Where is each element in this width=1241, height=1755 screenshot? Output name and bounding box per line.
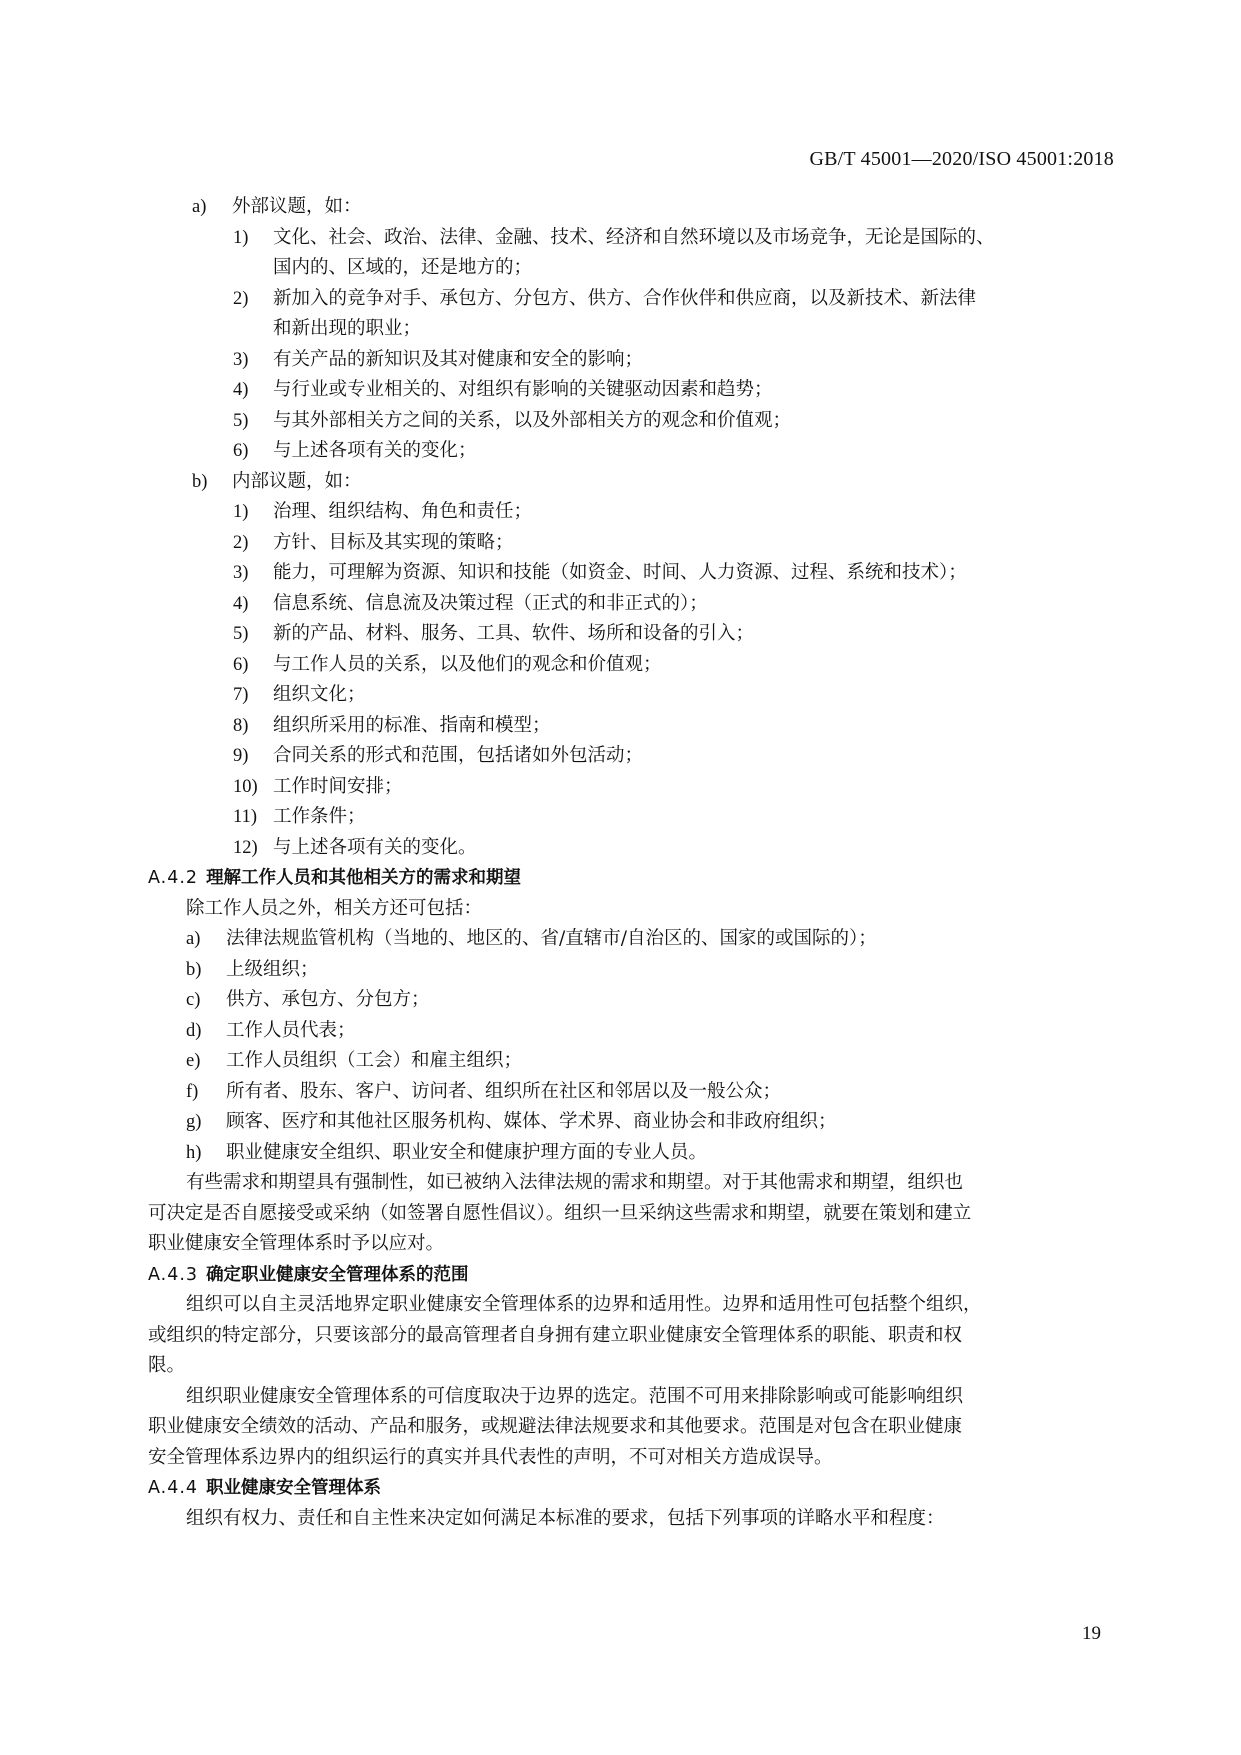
list-item: e)工作人员组织（工会）和雇主组织； [148,1046,1116,1077]
list-marker: 3) [233,345,273,376]
list-item-text: 工作时间安排； [273,772,403,803]
list-item: 1)治理、组织结构、角色和责任； [148,497,1116,528]
paragraph-line: 安全管理体系边界内的组织运行的真实并具代表性的声明，不可对相关方造成误导。 [148,1443,1116,1474]
list-marker: h) [186,1138,226,1169]
list-item-text: 法律法规监管机构（当地的、地区的、省/直辖市/自治区的、国家的或国际的）； [226,924,877,955]
list-marker: b) [186,955,226,986]
list-item-text: 新加入的竞争对手、承包方、分包方、供方、合作伙伴和供应商，以及新技术、新法律 [273,284,976,315]
list-marker: d) [186,1016,226,1047]
list-marker: 6) [233,436,273,467]
list-item: 5) 与其外部相关方之间的关系，以及外部相关方的观念和价值观； [148,406,1116,437]
section-title: 确定职业健康安全管理体系的范围 [206,1265,469,1285]
section-heading-a43: A.4.3确定职业健康安全管理体系的范围 [148,1260,1116,1291]
paragraph-line: 职业健康安全管理体系时予以应对。 [148,1229,1116,1260]
list-item-text: 治理、组织结构、角色和责任； [273,497,532,528]
list-item: 12)与上述各项有关的变化。 [148,833,1116,864]
list-item: 11)工作条件； [148,802,1116,833]
list-marker: a) [186,924,226,955]
list-item: 5)新的产品、材料、服务、工具、软件、场所和设备的引入； [148,619,1116,650]
list-item-text: 工作人员代表； [226,1016,356,1047]
paragraph-line: 组织有权力、责任和自主性来决定如何满足本标准的要求，包括下列事项的详略水平和程度… [148,1504,1116,1535]
list-marker: 11) [233,802,273,833]
list-marker: c) [186,985,226,1016]
list-marker: 1) [233,223,273,254]
section-title: 职业健康安全管理体系 [206,1478,381,1498]
list-marker: g) [186,1107,226,1138]
standard-code-header: GB/T 45001—2020/ISO 45001:2018 [809,148,1114,171]
list-item: b)上级组织； [148,955,1116,986]
list-marker: f) [186,1077,226,1108]
section-intro: 除工作人员之外，相关方还可包括： [148,894,1116,925]
list-item: 1) 文化、社会、政治、法律、金融、技术、经济和自然环境以及市场竞争，无论是国际… [148,223,1116,254]
list-marker: 1) [233,497,273,528]
list-item: c)供方、承包方、分包方； [148,985,1116,1016]
section-heading-a44: A.4.4职业健康安全管理体系 [148,1473,1116,1504]
list-item: 2) 新加入的竞争对手、承包方、分包方、供方、合作伙伴和供应商，以及新技术、新法… [148,284,1116,315]
list-item: g)顾客、医疗和其他社区服务机构、媒体、学术界、商业协会和非政府组织； [148,1107,1116,1138]
list-item: 8)组织所采用的标准、指南和模型； [148,711,1116,742]
list-marker: e) [186,1046,226,1077]
list-item: 4) 与行业或专业相关的、对组织有影响的关键驱动因素和趋势； [148,375,1116,406]
list-item-continuation: 国内的、区域的，还是地方的； [148,253,1116,284]
list-item-continuation: 和新出现的职业； [148,314,1116,345]
list-marker: b) [192,467,232,498]
list-item-text: 外部议题，如： [232,192,362,223]
paragraph-line: 限。 [148,1351,1116,1382]
list-item-text: 组织文化； [273,680,366,711]
page-number: 19 [1082,1623,1101,1645]
list-marker: 5) [233,619,273,650]
list-marker: 6) [233,650,273,681]
list-item: f)所有者、股东、客户、访问者、组织所在社区和邻居以及一般公众； [148,1077,1116,1108]
section-number: A.4.4 [148,1478,198,1498]
list-item: 3)能力，可理解为资源、知识和技能（如资金、时间、人力资源、过程、系统和技术）； [148,558,1116,589]
list-item: 3) 有关产品的新知识及其对健康和安全的影响； [148,345,1116,376]
paragraph-line: 或组织的特定部分，只要该部分的最高管理者自身拥有建立职业健康安全管理体系的职能、… [148,1321,1116,1352]
paragraph-line: 组织职业健康安全管理体系的可信度取决于边界的选定。范围不可用来排除影响或可能影响… [148,1382,1116,1413]
list-item-text: 供方、承包方、分包方； [226,985,430,1016]
list-item-text: 合同关系的形式和范围，包括诸如外包活动； [273,741,643,772]
list-item-text: 职业健康安全组织、职业安全和健康护理方面的专业人员。 [226,1138,707,1169]
list-item: a)法律法规监管机构（当地的、地区的、省/直辖市/自治区的、国家的或国际的）； [148,924,1116,955]
list-item: 2)方针、目标及其实现的策略； [148,528,1116,559]
list-item: 4)信息系统、信息流及决策过程（正式的和非正式的）； [148,589,1116,620]
list-marker: 12) [233,833,273,864]
list-marker: 9) [233,741,273,772]
list-item-text: 所有者、股东、客户、访问者、组织所在社区和邻居以及一般公众； [226,1077,781,1108]
list-marker: 10) [233,772,273,803]
list-item: d)工作人员代表； [148,1016,1116,1047]
list-item-external-issues: a) 外部议题，如： [148,192,1116,223]
list-item: 7)组织文化； [148,680,1116,711]
list-item: h)职业健康安全组织、职业安全和健康护理方面的专业人员。 [148,1138,1116,1169]
section-number: A.4.3 [148,1265,198,1285]
paragraph-line: 组织可以自主灵活地界定职业健康安全管理体系的边界和适用性。边界和适用性可包括整个… [148,1290,1116,1321]
section-title: 理解工作人员和其他相关方的需求和期望 [206,868,521,888]
list-marker: 2) [233,528,273,559]
list-marker: 2) [233,284,273,315]
section-heading-a42: A.4.2理解工作人员和其他相关方的需求和期望 [148,863,1116,894]
list-item: 9)合同关系的形式和范围，包括诸如外包活动； [148,741,1116,772]
list-item-text: 上级组织； [226,955,319,986]
list-item-text: 工作条件； [273,802,366,833]
list-marker: 4) [233,589,273,620]
list-item: 10)工作时间安排； [148,772,1116,803]
paragraph-line: 职业健康安全绩效的活动、产品和服务，或规避法律法规要求和其他要求。范围是对包含在… [148,1412,1116,1443]
list-marker: 3) [233,558,273,589]
list-item-text: 有关产品的新知识及其对健康和安全的影响； [273,345,643,376]
paragraph-line: 可决定是否自愿接受或采纳（如签署自愿性倡议）。组织一旦采纳这些需求和期望，就要在… [148,1199,1116,1230]
list-item-text: 顾客、医疗和其他社区服务机构、媒体、学术界、商业协会和非政府组织； [226,1107,837,1138]
list-item-text: 工作人员组织（工会）和雇主组织； [226,1046,522,1077]
document-body: a) 外部议题，如： 1) 文化、社会、政治、法律、金融、技术、经济和自然环境以… [148,192,1116,1534]
list-item-text: 信息系统、信息流及决策过程（正式的和非正式的）； [273,589,708,620]
list-marker: a) [192,192,232,223]
list-item: 6) 与上述各项有关的变化； [148,436,1116,467]
list-item-text: 与上述各项有关的变化； [273,436,477,467]
paragraph-line: 有些需求和期望具有强制性，如已被纳入法律法规的需求和期望。对于其他需求和期望，组… [148,1168,1116,1199]
list-item-text: 与其外部相关方之间的关系，以及外部相关方的观念和价值观； [273,406,791,437]
list-item-text: 与行业或专业相关的、对组织有影响的关键驱动因素和趋势； [273,375,773,406]
list-item-text: 新的产品、材料、服务、工具、软件、场所和设备的引入； [273,619,754,650]
list-item-text: 与工作人员的关系，以及他们的观念和价值观； [273,650,662,681]
list-item-text: 能力，可理解为资源、知识和技能（如资金、时间、人力资源、过程、系统和技术）； [273,558,967,589]
list-item-text: 内部议题，如： [232,467,362,498]
list-item-text: 方针、目标及其实现的策略； [273,528,514,559]
list-item: 6)与工作人员的关系，以及他们的观念和价值观； [148,650,1116,681]
list-marker: 8) [233,711,273,742]
list-item-text: 与上述各项有关的变化。 [273,833,477,864]
list-marker: 7) [233,680,273,711]
list-item-text: 组织所采用的标准、指南和模型； [273,711,551,742]
list-marker: 4) [233,375,273,406]
section-number: A.4.2 [148,868,198,888]
list-marker: 5) [233,406,273,437]
list-item-internal-issues: b) 内部议题，如： [148,467,1116,498]
list-item-text: 文化、社会、政治、法律、金融、技术、经济和自然环境以及市场竞争，无论是国际的、 [273,223,995,254]
